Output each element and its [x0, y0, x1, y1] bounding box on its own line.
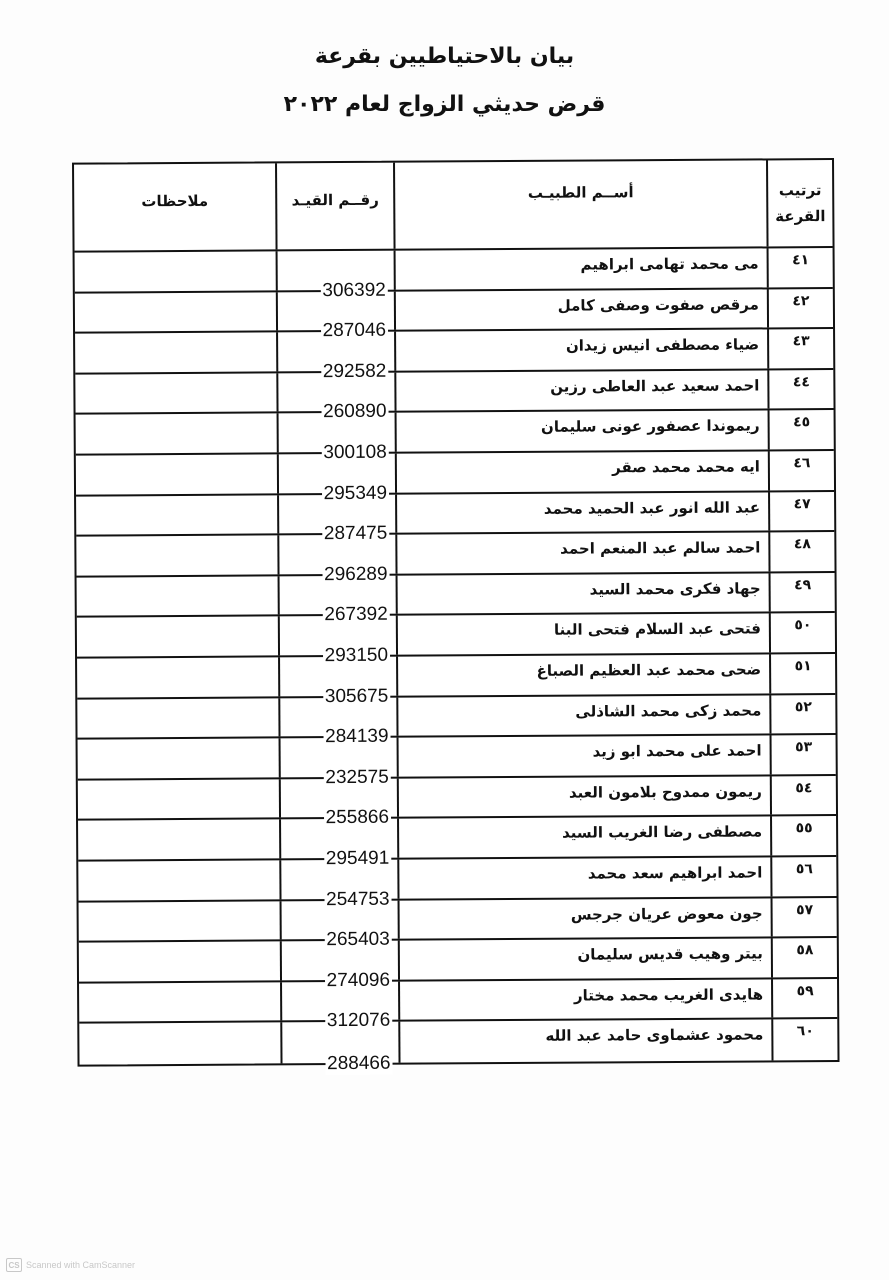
registration-number-value: 260890 — [321, 401, 389, 423]
cell-doctor-name: محمود عشماوى حامد عبد الله — [398, 1020, 771, 1063]
cell-notes — [78, 739, 279, 779]
cell-doctor-name: احمد على محمد ابو زيد — [397, 736, 770, 777]
registration-number-value: 232575 — [323, 766, 391, 788]
table-row: ٥٩هايدى الغريب محمد مختار312076 — [79, 979, 837, 1024]
table-row: ٥٨بيتر وهيب قديس سليمان274096 — [79, 938, 837, 983]
cell-lottery-order: ٤٣ — [767, 329, 833, 368]
registration-number-value: 306392 — [320, 279, 388, 301]
cell-notes — [76, 414, 277, 454]
cell-lottery-order: ٥٠ — [769, 613, 835, 652]
table-row: ٥٦احمد ابراهيم سعد محمد254753 — [78, 857, 836, 902]
registration-number-value: 267392 — [322, 604, 390, 626]
registration-number-value: 284139 — [323, 726, 391, 748]
cell-lottery-order: ٥٢ — [769, 695, 835, 734]
cell-lottery-order: ٤٤ — [767, 370, 833, 409]
registration-number-value: 295349 — [322, 482, 390, 504]
cell-doctor-name: احمد ابراهيم سعد محمد — [397, 857, 770, 898]
cell-notes — [77, 657, 278, 697]
table-row: ٤٥ريموندا عصفور عونى سليمان300108 — [76, 410, 834, 455]
registration-number-value: 265403 — [324, 929, 392, 951]
cell-doctor-name: احمد سالم عبد المنعم احمد — [395, 533, 768, 574]
document-subtitle: قرض حديثي الزواج لعام ٢٠٢٢ — [0, 92, 889, 117]
cell-notes — [77, 698, 278, 738]
cell-lottery-order: ٤٢ — [767, 289, 833, 328]
table-row: ٤٢مرقص صفوت وصفى كامل287046 — [75, 289, 833, 334]
cell-notes — [76, 454, 277, 494]
cell-doctor-name: جون معوض عريان جرجس — [398, 898, 771, 939]
cell-notes — [79, 941, 280, 981]
cell-lottery-order: ٤٩ — [769, 573, 835, 612]
document-title: بيان بالاحتياطيين بقرعة — [0, 44, 889, 69]
registration-number-value: 293150 — [323, 645, 391, 667]
registration-number-value: 295491 — [324, 848, 392, 870]
registration-number-value: 255866 — [324, 807, 392, 829]
cell-lottery-order: ٥٩ — [771, 979, 837, 1018]
cell-doctor-name: هايدى الغريب محمد مختار — [398, 979, 771, 1020]
registration-number-value: 288466 — [325, 1053, 393, 1075]
cell-doctor-name: مرقص صفوت وصفى كامل — [394, 289, 767, 330]
cell-lottery-order: ٤٥ — [768, 410, 834, 449]
cell-notes — [76, 495, 277, 535]
cell-notes — [79, 1023, 280, 1065]
table-row: ٥٢محمد زكى محمد الشاذلى284139 — [77, 695, 835, 740]
cell-lottery-order: ٤٨ — [768, 532, 834, 571]
cell-doctor-name: ريمون ممدوح بلامون العبد — [397, 776, 770, 817]
table-row: ٤٤احمد سعيد عبد العاطى رزين260890 — [75, 370, 833, 415]
cell-notes — [79, 982, 280, 1022]
table-row: ٥٧جون معوض عريان جرجس265403 — [79, 897, 837, 942]
cell-lottery-order: ٤١ — [767, 248, 833, 287]
cell-notes — [75, 373, 276, 413]
table-row: ٥٥مصطفى رضا الغريب السيد295491 — [78, 816, 836, 861]
cell-doctor-name: جهاد فكرى محمد السيد — [396, 573, 769, 614]
cell-lottery-order: ٥٣ — [770, 735, 836, 774]
table-header-row: ترتيب القرعة أســم الطبيـب رقــم القيـد … — [74, 160, 833, 253]
header-lottery-order: ترتيب القرعة — [766, 160, 833, 246]
cell-notes — [78, 860, 279, 900]
cell-registration-number: 306392 — [276, 251, 394, 290]
registration-number-value: 287046 — [321, 320, 389, 342]
registration-number-value: 274096 — [325, 969, 393, 991]
table-row: ٥١ضحى محمد عبد العظيم الصباغ305675 — [77, 654, 835, 699]
cell-doctor-name: ريموندا عصفور عونى سليمان — [395, 411, 768, 452]
cell-lottery-order: ٥٥ — [770, 816, 836, 855]
watermark-text: Scanned with CamScanner — [26, 1260, 135, 1270]
table-row: ٤٣ضياء مصطفى انيس زيدان292582 — [75, 329, 833, 374]
cell-notes — [79, 901, 280, 941]
cell-lottery-order: ٥٦ — [770, 857, 836, 896]
reserves-table: ترتيب القرعة أســم الطبيـب رقــم القيـد … — [72, 158, 840, 1067]
cell-lottery-order: ٥٨ — [771, 938, 837, 977]
cell-doctor-name: عبد الله انور عبد الحميد محمد — [395, 492, 768, 533]
cell-lottery-order: ٦٠ — [771, 1019, 837, 1060]
cell-doctor-name: مصطفى رضا الغريب السيد — [397, 817, 770, 858]
table-row: ٤٨احمد سالم عبد المنعم احمد296289 — [76, 532, 834, 577]
registration-number-value: 305675 — [323, 685, 391, 707]
table-row: ٤٧عبد الله انور عبد الحميد محمد287475 — [76, 492, 834, 537]
cell-notes — [78, 779, 279, 819]
camscanner-watermark: CS Scanned with CamScanner — [6, 1258, 135, 1272]
registration-number-value: 296289 — [322, 563, 390, 585]
table-row: ٥٠فتحى عبد السلام فتحى البنا293150 — [77, 613, 835, 658]
table-row: ٦٠محمود عشماوى حامد عبد الله288466 — [79, 1019, 837, 1064]
table-row: ٤٩جهاد فكرى محمد السيد267392 — [77, 573, 835, 618]
cell-notes — [78, 820, 279, 860]
table-row: ٥٤ريمون ممدوح بلامون العبد255866 — [78, 776, 836, 821]
cell-doctor-name: مى محمد تهامى ابراهيم — [394, 248, 767, 289]
cell-lottery-order: ٥١ — [769, 654, 835, 693]
cell-notes — [75, 333, 276, 373]
cell-notes — [77, 617, 278, 657]
cell-doctor-name: احمد سعيد عبد العاطى رزين — [394, 370, 767, 411]
cell-notes — [77, 576, 278, 616]
registration-number-value: 254753 — [324, 888, 392, 910]
registration-number-value: 300108 — [321, 442, 389, 464]
cell-doctor-name: ايه محمد محمد صقر — [395, 451, 768, 492]
cell-doctor-name: فتحى عبد السلام فتحى البنا — [396, 614, 769, 655]
table-row: ٤١مى محمد تهامى ابراهيم306392 — [75, 248, 833, 293]
cell-lottery-order: ٤٧ — [768, 492, 834, 531]
cell-doctor-name: ضحى محمد عبد العظيم الصباغ — [396, 654, 769, 695]
cell-doctor-name: محمد زكى محمد الشاذلى — [396, 695, 769, 736]
cell-notes — [75, 292, 276, 332]
cell-notes — [76, 536, 277, 576]
camscanner-logo-icon: CS — [6, 1258, 22, 1272]
header-doctor-name: أســم الطبيـب — [393, 160, 767, 248]
cell-lottery-order: ٥٧ — [771, 897, 837, 936]
header-lottery-order-line1: ترتيب — [779, 177, 822, 203]
cell-doctor-name: ضياء مصطفى انيس زيدان — [394, 330, 767, 371]
registration-number-value: 312076 — [325, 1010, 393, 1032]
header-registration-number: رقــم القيـد — [275, 163, 394, 250]
cell-lottery-order: ٥٤ — [770, 776, 836, 815]
registration-number-value: 292582 — [321, 361, 389, 383]
registration-number-value: 287475 — [322, 523, 390, 545]
cell-notes — [75, 251, 276, 291]
header-notes: ملاحظات — [74, 163, 276, 250]
table-row: ٥٣احمد على محمد ابو زيد232575 — [78, 735, 836, 780]
cell-doctor-name: بيتر وهيب قديس سليمان — [398, 938, 771, 979]
cell-lottery-order: ٤٦ — [768, 451, 834, 490]
header-lottery-order-line2: القرعة — [775, 203, 825, 229]
table-row: ٤٦ايه محمد محمد صقر295349 — [76, 451, 834, 496]
